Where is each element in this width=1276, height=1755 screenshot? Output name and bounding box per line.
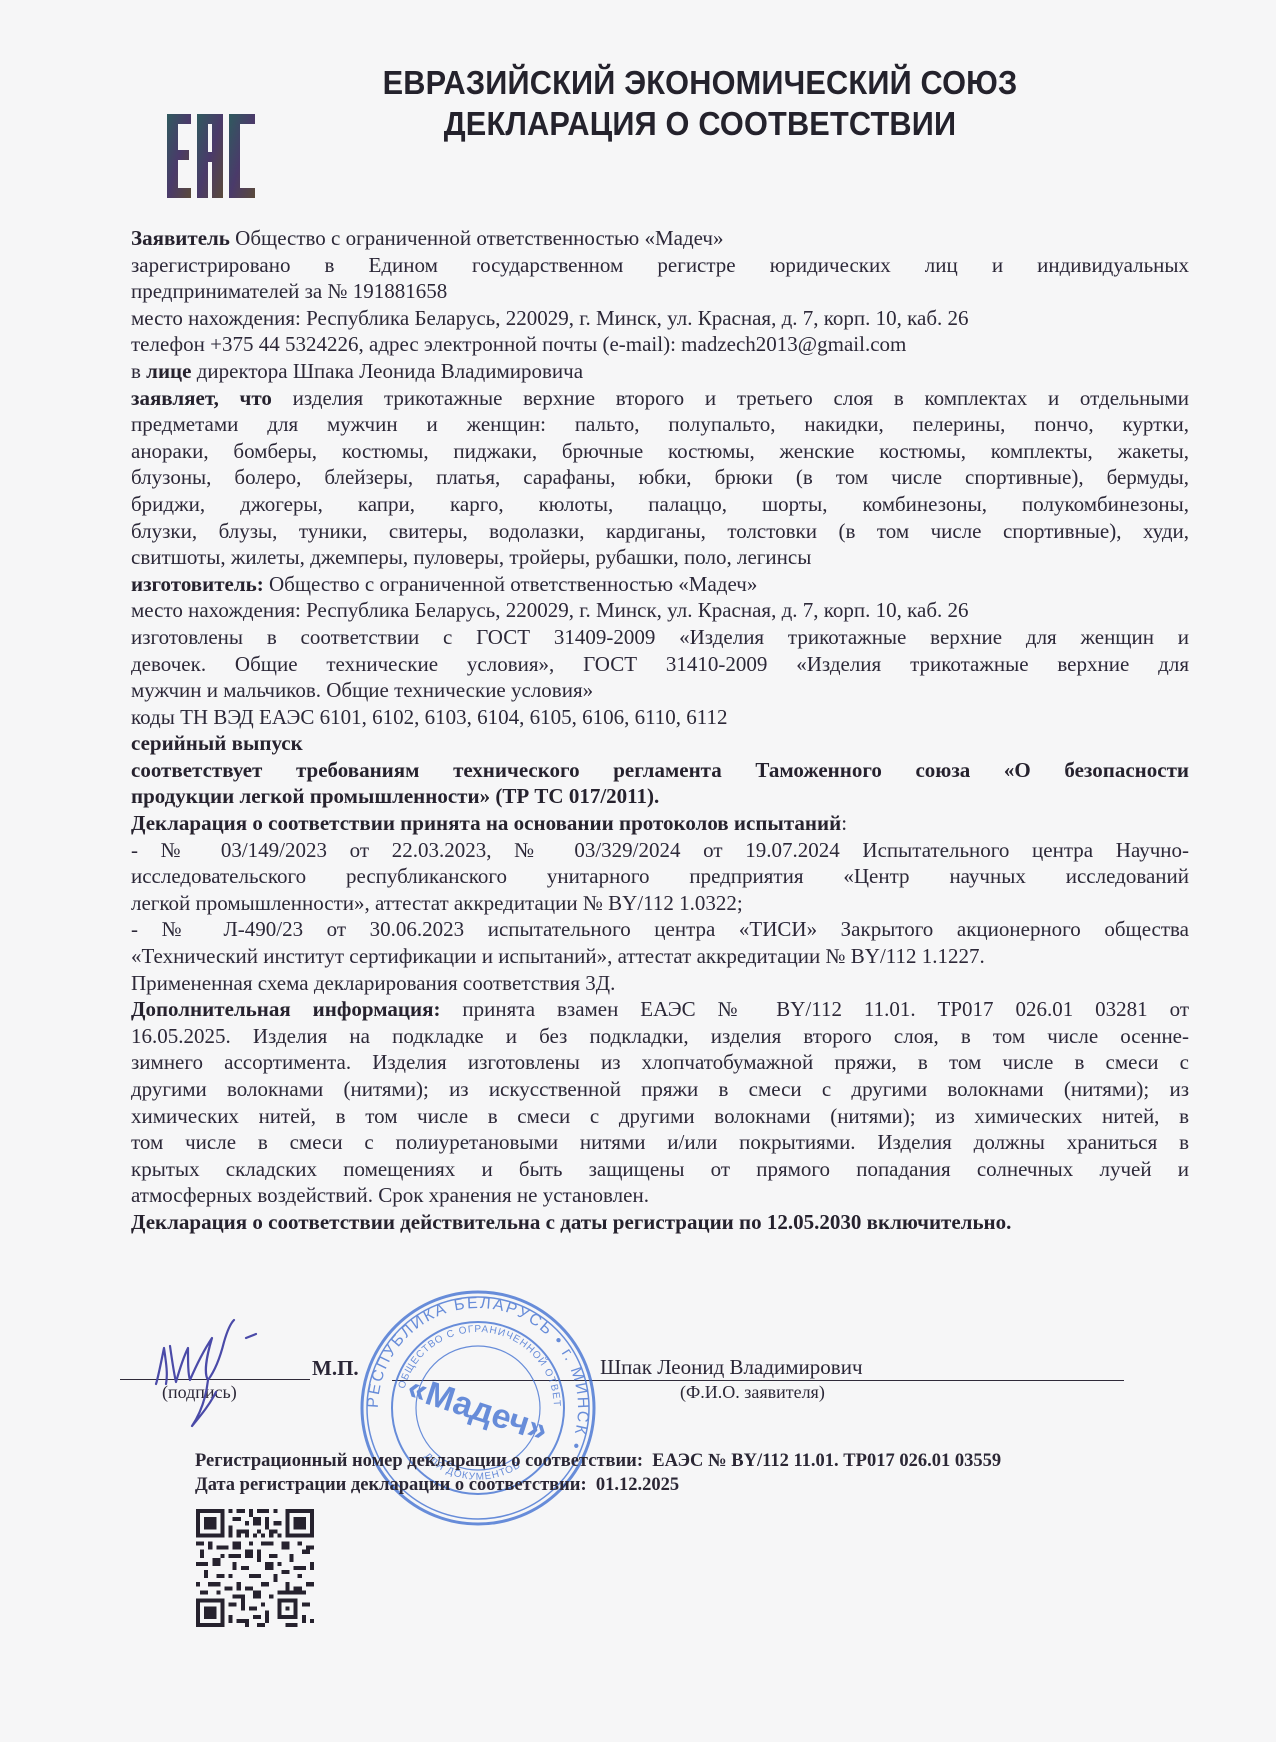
protocol-line-5: «Технический институт сертификации и исп… — [131, 943, 1189, 970]
declares-line-4: блузоны, болеро, блейзеры, платья, сараф… — [131, 464, 1189, 491]
additional-info-line-1: Дополнительная информация: принята взаме… — [131, 996, 1189, 1023]
protocol-line-6: Примененная схема декларирования соответ… — [131, 970, 1189, 997]
declares-label: заявляет, что — [131, 386, 272, 410]
qr-code-icon[interactable] — [196, 1508, 314, 1628]
title-union: ЕВРАЗИЙСКИЙ ЭКОНОМИЧЕСКИЙ СОЮЗ — [328, 64, 1072, 102]
protocols-heading-colon: : — [841, 811, 847, 835]
protocol-line-4: - № Л-490/23 от 30.06.2023 испытательног… — [131, 916, 1189, 943]
applicant-label: Заявитель — [131, 226, 230, 250]
additional-info-label: Дополнительная информация: — [131, 997, 440, 1021]
protocol-line-2: исследовательского республиканского унит… — [131, 863, 1189, 890]
protocol-line-1: - № 03/149/2023 от 22.03.2023, № 03/329/… — [131, 837, 1189, 864]
declares-line-3: анораки, бомберы, костюмы, пиджаки, брюч… — [131, 438, 1189, 465]
standards-line-3: мужчин и мальчиков. Общие технические ус… — [131, 677, 1189, 704]
seal-label: М.П. — [312, 1356, 359, 1381]
registration-date-line: Дата регистрации декларации о соответств… — [195, 1475, 679, 1496]
additional-info-line-6: том числе в смеси с полиуретановыми нитя… — [131, 1129, 1189, 1156]
applicant-contacts: телефон +375 44 5324226, адрес электронн… — [131, 331, 1189, 358]
title-declaration: ДЕКЛАРАЦИЯ О СООТВЕТСТВИИ — [328, 105, 1072, 143]
declares-line-7: свитшоты, жилеты, джемперы, пуловеры, тр… — [131, 544, 1189, 571]
applicant-name: Общество с ограниченной ответственностью… — [230, 226, 724, 250]
manufacturer-name: Общество с ограниченной ответственностью… — [264, 572, 758, 596]
compliance-line-1: соответствует требованиям технического р… — [131, 757, 1189, 784]
additional-info-line-8: атмосферных воздействий. Срок хранения н… — [131, 1182, 1189, 1209]
declares-line-2: предметами для мужчин и женщин: пальто, … — [131, 411, 1189, 438]
standards-line-2: девочек. Общие технические условия», ГОС… — [131, 651, 1189, 678]
eac-logo-icon — [165, 112, 257, 200]
stamp-center-text: «Мадеч» — [403, 1368, 553, 1449]
registration-number-label: Регистрационный номер декларации о соотв… — [195, 1451, 643, 1471]
declares-line-1: заявляет, что изделия трикотажные верхни… — [131, 385, 1189, 412]
applicant-address: место нахождения: Республика Беларусь, 2… — [131, 305, 1189, 332]
declares-text: изделия трикотажные верхние второго и тр… — [272, 386, 1189, 410]
additional-info-line-4: другими волокнами (нитями); из искусстве… — [131, 1076, 1189, 1103]
applicant-line: Заявитель Общество с ограниченной ответс… — [131, 225, 1189, 252]
protocol-line-3: легкой промышленности», аттестат аккреди… — [131, 890, 1189, 917]
hs-codes: коды ТН ВЭД ЕАЭС 6101, 6102, 6103, 6104,… — [131, 704, 1189, 731]
protocols-heading: Декларация о соответствии принята на осн… — [131, 811, 841, 835]
declares-line-6: блузки, блузы, туники, свитеры, водолазк… — [131, 518, 1189, 545]
registration-date-value: 01.12.2025 — [596, 1475, 679, 1495]
handwritten-signature-icon — [150, 1318, 300, 1428]
registration-line-1: зарегистрировано в Едином государственно… — [131, 252, 1189, 279]
additional-info-line-3: зимнего ассортимента. Изделия изготовлен… — [131, 1049, 1189, 1076]
validity-statement: Декларация о соответствии действительна … — [131, 1210, 1011, 1234]
production-type: серийный выпуск — [131, 731, 303, 755]
signer-name: Шпак Леонид Владимирович — [600, 1355, 863, 1380]
additional-info-line-5: химических нитей, в том числе в смеси с … — [131, 1103, 1189, 1130]
manufacturer-address: место нахождения: Республика Беларусь, 2… — [131, 597, 1189, 624]
registration-number-line: Регистрационный номер декларации о соотв… — [195, 1451, 1001, 1472]
represented-prefix: в — [131, 359, 146, 383]
declaration-body: Заявитель Общество с ограниченной ответс… — [131, 225, 1189, 1236]
compliance-line-2: продукции легкой промышленности» (ТР ТС … — [131, 784, 659, 808]
additional-info-line-7: крытых складских помещениях и быть защищ… — [131, 1156, 1189, 1183]
represented-label: лице — [146, 359, 191, 383]
manufacturer-label: изготовитель: — [131, 572, 264, 596]
declares-line-5: бриджи, джогеры, капри, карго, кюлоты, п… — [131, 491, 1189, 518]
represented-by-line: в лице директора Шпака Леонида Владимиро… — [131, 358, 1189, 385]
signer-caption: (Ф.И.О. заявителя) — [680, 1382, 825, 1403]
registration-number-value: ЕАЭС № BY/112 11.01. ТР017 026.01 03559 — [652, 1451, 1001, 1471]
registration-date-label: Дата регистрации декларации о соответств… — [195, 1475, 587, 1495]
registration-line-2: предпринимателей за № 191881658 — [131, 278, 1189, 305]
represented-name: директора Шпака Леонида Владимировича — [191, 359, 583, 383]
standards-line-1: изготовлены в соответствии с ГОСТ 31409-… — [131, 624, 1189, 651]
additional-info-line-2: 16.05.2025. Изделия на подкладке и без п… — [131, 1023, 1189, 1050]
manufacturer-line: изготовитель: Общество с ограниченной от… — [131, 571, 1189, 598]
additional-info-text: принята взамен ЕАЭС № BY/112 11.01. ТР01… — [440, 997, 1189, 1021]
protocols-heading-line: Декларация о соответствии принята на осн… — [131, 810, 1189, 837]
declaration-page: ЕВРАЗИЙСКИЙ ЭКОНОМИЧЕСКИЙ СОЮЗ ДЕКЛАРАЦИ… — [0, 0, 1276, 1742]
